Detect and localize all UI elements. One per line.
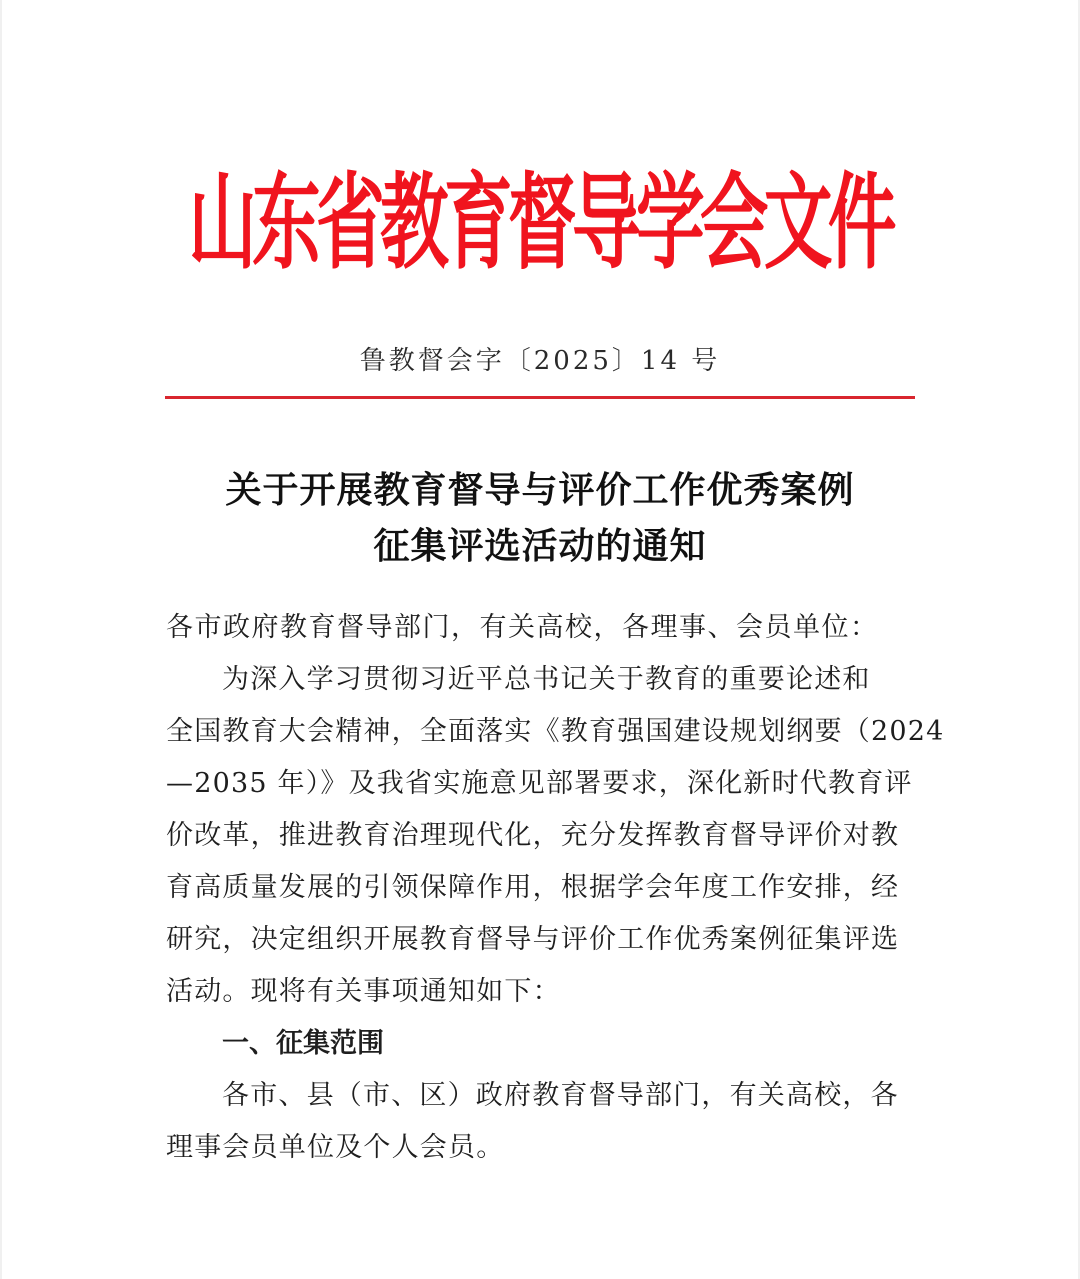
section-heading-scope: 一、征集范围 [166,1018,916,1070]
section-paragraph-scope: 各市、县（市、区）政府教育督导部门，有关高校，各 理事会员单位及个人会员。 [166,1070,916,1174]
paragraph-line: 研究，决定组织开展教育督导与评价工作优秀案例征集评选 [166,914,916,966]
paragraph-line: 全国教育大会精神，全面落实《教育强国建设规划纲要（2024 [166,706,916,758]
intro-paragraph: 为深入学习贯彻习近平总书记关于教育的重要论述和 全国教育大会精神，全面落实《教育… [166,654,916,1018]
red-divider-line [165,396,915,399]
paragraph-line: 为深入学习贯彻习近平总书记关于教育的重要论述和 [166,654,916,706]
document-number: 鲁教督会字〔2025〕14 号 [0,340,1080,377]
paragraph-line: —2035 年）》及我省实施意见部署要求，深化新时代教育评 [166,758,916,810]
paragraph-line: 活动。现将有关事项通知如下： [166,966,916,1018]
paragraph-line: 理事会员单位及个人会员。 [166,1122,916,1174]
paragraph-line: 育高质量发展的引领保障作用，根据学会年度工作安排，经 [166,862,916,914]
paragraph-line: 各市、县（市、区）政府教育督导部门，有关高校，各 [166,1070,916,1122]
paragraph-line: 价改革，推进教育治理现代化，充分发挥教育督导评价对教 [166,810,916,862]
document-masthead: 山东省教育督导学会文件 [267,141,813,289]
document-title: 关于开展教育督导与评价工作优秀案例 征集评选活动的通知 [0,462,1080,574]
document-page: 山东省教育督导学会文件 鲁教督会字〔2025〕14 号 关于开展教育督导与评价工… [0,0,1080,1279]
title-line-2: 征集评选活动的通知 [0,518,1080,574]
salutation: 各市政府教育督导部门，有关高校，各理事、会员单位： [166,602,916,654]
document-body: 各市政府教育督导部门，有关高校，各理事、会员单位： 为深入学习贯彻习近平总书记关… [166,602,916,1174]
title-line-1: 关于开展教育督导与评价工作优秀案例 [0,462,1080,518]
